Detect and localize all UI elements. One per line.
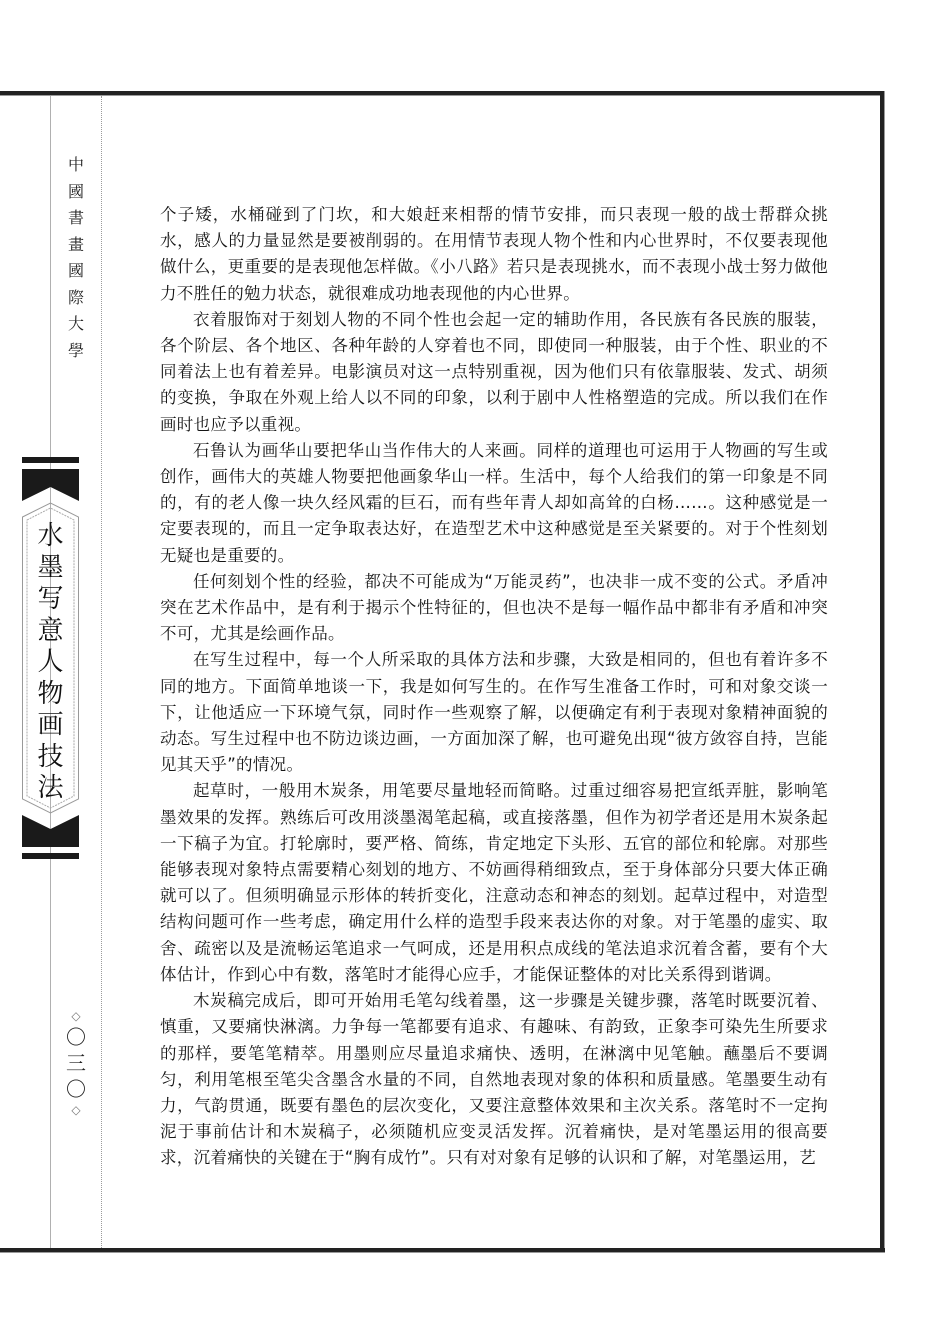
sidebar-rule-right [101,96,102,1248]
sidebar-university-name: 中 國 書 畫 國 際 大 學 [60,152,92,364]
book-title-label: 水 墨 写 意 人 物 画 技 法 [22,457,79,859]
university-char: 國 [68,258,84,285]
page-digit: 〇 [66,1076,86,1102]
body-text: 个子矮，水桶碰到了门坎，和大娘赶来相帮的情节安排，而只表现一般的战士帮群众挑水，… [160,202,828,1172]
university-char: 書 [68,205,84,232]
university-char: 學 [68,338,84,365]
paragraph: 任何刻划个性的经验，都决不可能成为“万能灵药”，也决非一成不变的公式。矛盾冲突在… [160,569,828,648]
title-char: 技 [37,742,63,774]
university-char: 大 [68,311,84,338]
diamond-ornament-icon: ◇ [71,1008,80,1024]
label-bottom-bar [22,853,79,859]
title-char: 写 [37,584,63,616]
paragraph: 木炭稿完成后，即可开始用毛笔勾线着墨，这一步骤是关键步骤，落笔时既要沉着、慎重，… [160,988,828,1171]
page-digit: 三 [66,1050,86,1076]
university-char: 國 [68,179,84,206]
diamond-ornament-icon: ◇ [71,1102,80,1118]
page-frame-bottom-border [0,1248,885,1253]
title-char: 法 [37,773,63,805]
paragraph: 衣着服饰对于刻划人物的不同个性也会起一定的辅助作用，各民族有各民族的服装，各个阶… [160,307,828,438]
university-char: 際 [68,285,84,312]
paragraph: 起草时，一般用木炭条，用笔要尽量地轻而简略。过重过细容易把宣纸弄脏，影响笔墨效果… [160,778,828,988]
title-char: 意 [37,616,63,648]
page-digit: 〇 [66,1024,86,1050]
page-number: ◇ 〇 三 〇 ◇ [60,1008,92,1118]
paragraph: 石鲁认为画华山要把华山当作伟大的人来画。同样的道理也可运用于人物画的写生或创作，… [160,438,828,569]
label-top-bar [22,457,79,463]
page-frame-right-border [880,91,885,1253]
label-bottom-chevron-icon [22,815,79,847]
university-char: 畫 [68,232,84,259]
paragraph: 在写生过程中，每一个人所采取的具体方法和步骤，大致是相同的，但也有着许多不同的地… [160,647,828,778]
page-frame-top-border [0,91,884,96]
paragraph: 个子矮，水桶碰到了门坎，和大娘赶来相帮的情节安排，而只表现一般的战士帮群众挑水，… [160,202,828,307]
book-title-text: 水 墨 写 意 人 物 画 技 法 [22,521,79,805]
title-char: 水 [37,521,63,553]
title-char: 画 [37,710,63,742]
university-char: 中 [68,152,84,179]
title-char: 墨 [37,553,63,585]
title-char: 物 [37,679,63,711]
title-char: 人 [37,647,63,679]
